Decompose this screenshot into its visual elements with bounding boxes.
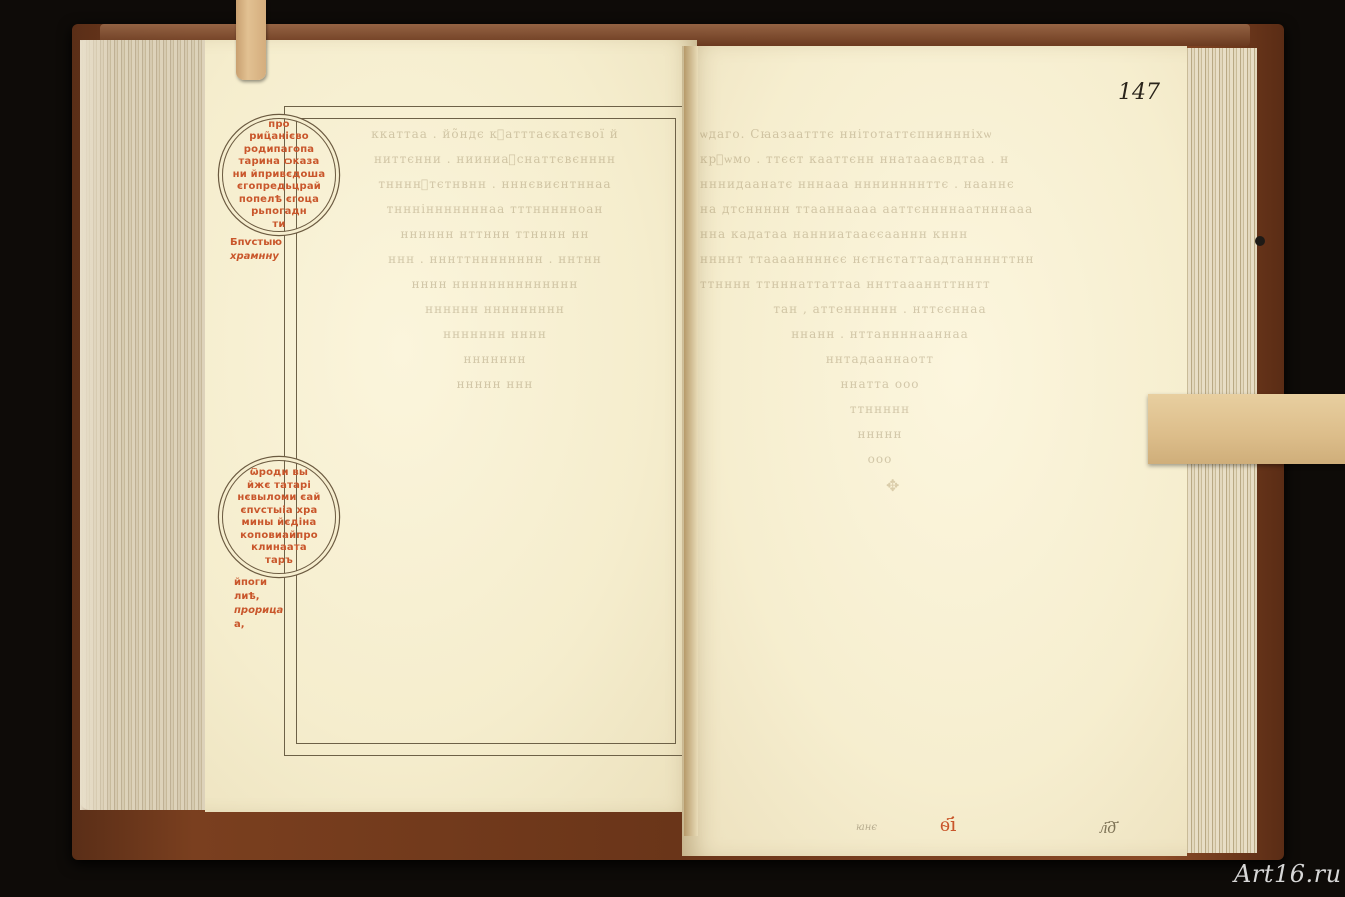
folio-number: 147 — [1118, 80, 1160, 105]
ghost-line: ннанн . нттаннннааннаа — [700, 322, 1060, 347]
marginal-note-bottom-tail: йпоги лиѣ, прорица а, — [234, 576, 283, 632]
note-line: рьпогадн — [251, 206, 307, 219]
ghost-line: ннннн ннн — [300, 372, 690, 397]
right-page-bleed-through: ѡдаго. Сꙗазаатттє ннітотаттєпниннніхѡ кр… — [700, 122, 1060, 472]
bookmark-right — [1148, 394, 1345, 464]
quire-signature-red: ѳ҃і — [940, 812, 956, 837]
ghost-line: тан , аттенннннн . нттєєннаа — [700, 297, 1060, 322]
ghost-line: нннидаанатє нннааа ннниннннттє . нааннє — [700, 172, 1060, 197]
note-line: ти — [272, 219, 285, 232]
left-page-stack — [80, 40, 212, 810]
note-line: про — [268, 119, 290, 132]
note-line: тарина ѻказа — [239, 156, 320, 169]
ghost-line: ннннт ттааааннннєє нєтнєтаттаадтаннннттн… — [700, 247, 1060, 272]
ghost-line: ѡдаго. Сꙗазаатттє ннітотаттєпниннніхѡ — [700, 122, 1060, 147]
ornament-icon: ✥ — [886, 476, 899, 495]
pencil-foliation: л҃д҃ — [1100, 818, 1116, 838]
ghost-line: ккаттаа . йо̃ндє к꙼атттаєкатєвої й — [300, 122, 690, 147]
ghost-line: ннтадааннаотт — [700, 347, 1060, 372]
ghost-line: нннн нннннннннннннн — [300, 272, 690, 297]
ghost-line: ннннннн нннн — [300, 322, 690, 347]
note-line: таръ — [265, 555, 293, 568]
note-line: а, — [234, 618, 283, 632]
note-line: йпоги — [234, 576, 283, 590]
marginal-note-circle-bottom: ѿроди вы йжє татарі нєвыломи єай єпѵстыі… — [222, 460, 336, 574]
note-line: Бпѵстыю — [230, 236, 282, 250]
ghost-line: ниттєнни . нииниа꙼снаттєвєнннн — [300, 147, 690, 172]
cover-stud — [1255, 236, 1265, 246]
note-line: риц̃анієво — [249, 131, 309, 144]
ghost-line: тнннн꙼тєтнвнн . нннєвиєнтннаа — [300, 172, 690, 197]
note-line: прорица — [234, 604, 283, 618]
note-line: клинаата — [251, 542, 307, 555]
bookmark-top — [236, 0, 266, 80]
ghost-line: ттнннн ттнннаттаттаа ннттаааннттннтт — [700, 272, 1060, 297]
ghost-line: на дтсннннн ттааннаааа ааттєннннаатнннаа… — [700, 197, 1060, 222]
ghost-line: нна кадатаа нанниатааєєааннн кннн — [700, 222, 1060, 247]
marginal-note-top-tail: Бпѵстыю храмнну — [230, 236, 282, 264]
note-line: попелѣ єгоца — [239, 194, 319, 207]
note-line: йжє татарі — [247, 480, 311, 493]
ghost-line: кр꙽ѡмо . ттєєт кааттєнн ннатаааєвдтаа . … — [700, 147, 1060, 172]
note-line: коповиайпро — [240, 530, 318, 543]
note-line: родипагопа — [244, 144, 315, 157]
faint-pencil-mark: ꙗнє — [856, 822, 877, 833]
note-line: храмнну — [230, 250, 282, 264]
watermark: Art16.ru — [1234, 860, 1342, 888]
ghost-line: ннатта ооо — [700, 372, 1060, 397]
note-line: єгопредьцрай — [237, 181, 321, 194]
note-line: ѿроди вы — [250, 467, 308, 480]
note-line: ни йпривєдоша — [233, 169, 326, 182]
marginal-note-circle-top: про риц̃анієво родипагопа тарина ѻказа н… — [222, 118, 336, 232]
note-line: єпѵстыіа хра — [241, 505, 318, 518]
ghost-line: ннн . нннттнннннннн . ннтнн — [300, 247, 690, 272]
ghost-line: ннннн — [700, 422, 1060, 447]
ghost-line: ннннннн — [300, 347, 690, 372]
ghost-line: ооо — [700, 447, 1060, 472]
left-page-bleed-through: ккаттаа . йо̃ндє к꙼атттаєкатєвої й ниттє… — [300, 122, 690, 397]
note-line: мины йєдіна — [242, 517, 317, 530]
ghost-line: нннннн ннннннннн — [300, 297, 690, 322]
note-line: нєвыломи єай — [237, 492, 320, 505]
ghost-line: нннннн нттннн ттнннн нн — [300, 222, 690, 247]
ghost-line: ттннннн — [700, 397, 1060, 422]
book-gutter — [684, 46, 698, 836]
ghost-line: тнннінннннннаа тттннннноан — [300, 197, 690, 222]
note-line: лиѣ, — [234, 590, 283, 604]
